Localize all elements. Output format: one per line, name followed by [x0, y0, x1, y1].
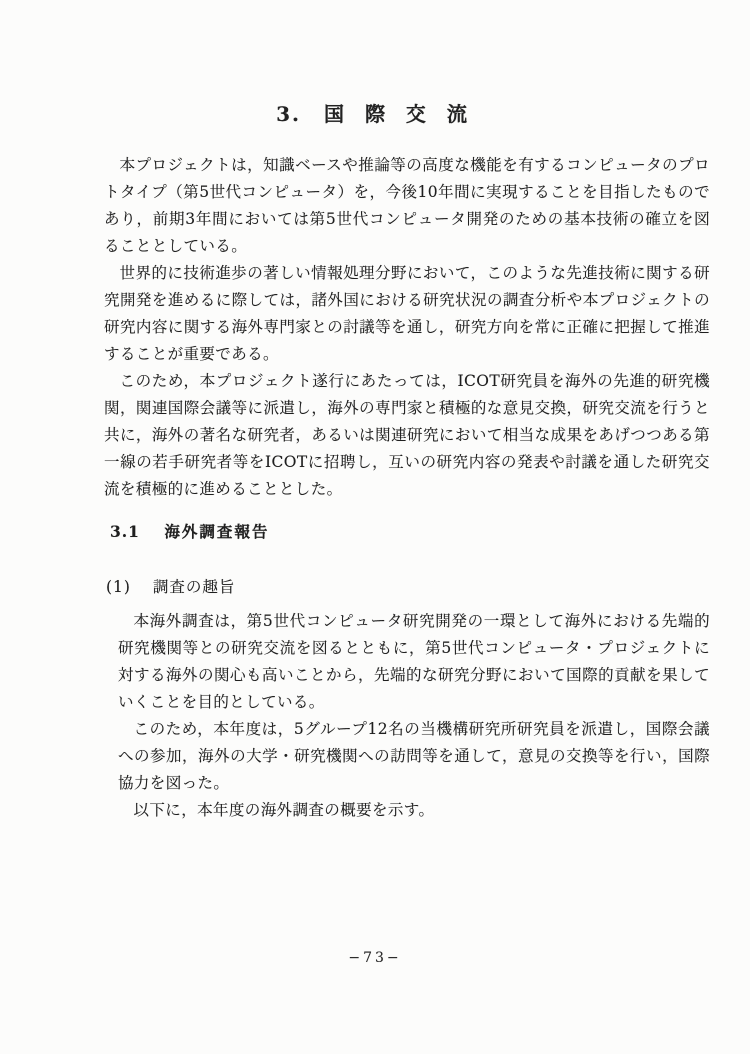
paragraph: 本海外調査は，第5世代コンピュータ研究開発の一環として海外における先端的研究機関…: [118, 608, 710, 716]
chapter-number: 3.: [276, 102, 301, 126]
paragraph: このため，本年度は，5グループ12名の当機構研究所研究員を派遣し，国際会議への参…: [118, 716, 710, 797]
page-number: −73−: [0, 950, 750, 966]
section-number: 3.1: [110, 522, 140, 541]
paragraph: 本プロジェクトは，知識ベースや推論等の高度な機能を有するコンピュータのプロトタイ…: [104, 152, 710, 260]
subsection-label: (1): [106, 578, 131, 596]
section-title-text: 海外調査報告: [164, 522, 269, 541]
page-title: 3. 国 際 交 流: [0, 0, 750, 127]
subsection-body: 本海外調査は，第5世代コンピュータ研究開発の一環として海外における先端的研究機関…: [118, 608, 710, 824]
chapter-title-text: 国 際 交 流: [324, 102, 474, 126]
section-heading: 3.1 海外調査報告: [110, 518, 710, 545]
document-page: 3. 国 際 交 流 本プロジェクトは，知識ベースや推論等の高度な機能を有するコ…: [0, 0, 750, 1054]
paragraph: 世界的に技術進歩の著しい情報処理分野において，このような先進技術に関する研究開発…: [104, 260, 710, 368]
body-text: 本プロジェクトは，知識ベースや推論等の高度な機能を有するコンピュータのプロトタイ…: [104, 152, 710, 824]
subsection-title-text: 調査の趣旨: [153, 578, 236, 596]
paragraph: 以下に，本年度の海外調査の概要を示す。: [118, 797, 710, 824]
subsection-heading: (1) 調査の趣旨: [106, 574, 710, 601]
paragraph: このため，本プロジェクト遂行にあたっては，ICOT研究員を海外の先進的研究機関，…: [104, 368, 710, 503]
